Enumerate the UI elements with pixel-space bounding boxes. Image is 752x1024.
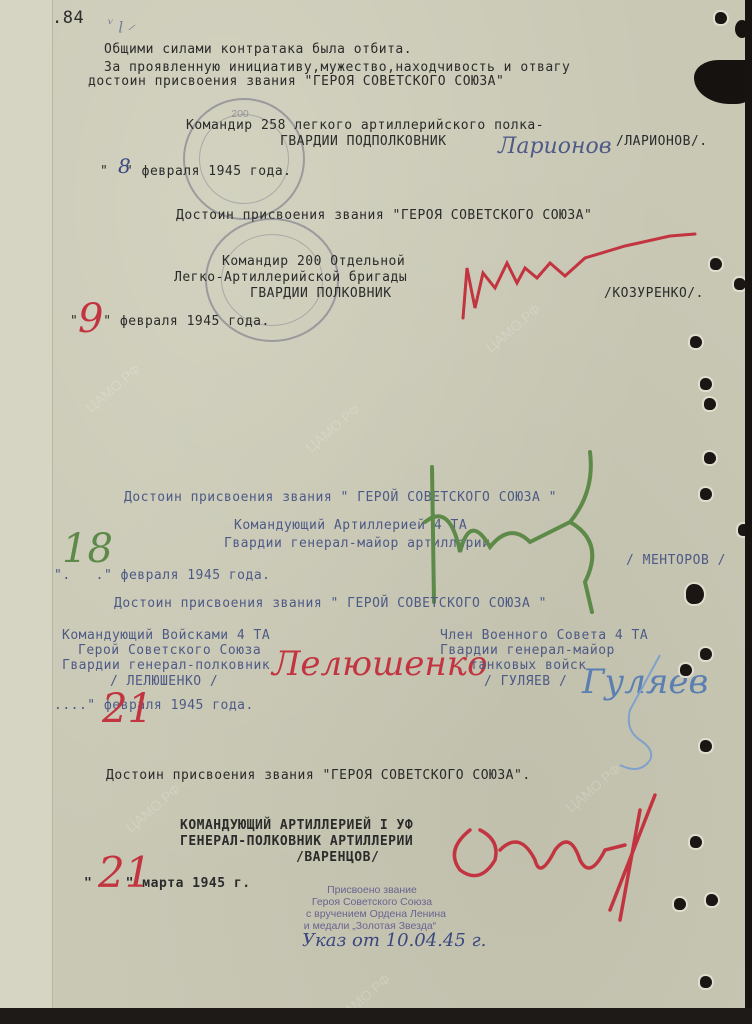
background-edge <box>0 1008 752 1024</box>
block2-red-signature <box>455 228 705 328</box>
left-margin-strip <box>0 0 53 1008</box>
block2-title-1: Командир 200 Отдельной <box>222 254 405 269</box>
punch-hole <box>700 976 712 988</box>
block4-right-title-3: танковых войск <box>470 658 587 673</box>
watermark: ЦАМО.РФ <box>303 401 364 456</box>
block4-left-title-3: Гвардии генерал-полковник <box>62 658 270 673</box>
punch-hole <box>700 648 712 660</box>
punch-hole <box>700 488 712 500</box>
block3-name: / МЕНТОРОВ / <box>626 553 726 568</box>
block4-right-title-1: Член Военного Совета 4 ТА <box>440 628 648 643</box>
block5-title-2: ГЕНЕРАЛ-ПОЛКОВНИК АРТИЛЛЕРИИ <box>180 834 413 849</box>
torn-corner <box>694 60 752 104</box>
block5-red-signature <box>440 790 680 930</box>
page-number: .84 <box>52 8 84 28</box>
block1-title-2: ГВАРДИИ ПОДПОЛКОВНИК <box>280 134 447 149</box>
block1-name: /ЛАРИОНОВ/. <box>616 134 708 149</box>
punch-hole <box>715 12 727 24</box>
block4-right-title-2: Гвардии генерал-майор <box>440 643 615 658</box>
block2-name: /КОЗУРЕНКО/. <box>604 286 704 301</box>
intro-line-2: За проявленную инициативу,мужество,наход… <box>104 60 570 75</box>
block2-title-3: ГВАРДИИ ПОЛКОВНИК <box>250 286 392 301</box>
punch-hole <box>706 894 718 906</box>
background-edge <box>745 0 752 1024</box>
punch-hole <box>710 258 722 270</box>
punch-hole <box>704 452 716 464</box>
punch-hole <box>690 336 702 348</box>
block3-green-signature <box>420 462 620 612</box>
watermark: ЦАМО.РФ <box>83 361 144 416</box>
intro-line-1: Общими силами контратака была отбита. <box>104 42 412 57</box>
punch-hole <box>686 584 704 604</box>
intro-line-3: достоин присвоения звания "ГЕРОЯ СОВЕТСК… <box>88 74 504 89</box>
decree-note: Указ от 10.04.45 г. <box>302 930 486 951</box>
punch-hole <box>700 740 712 752</box>
block2-date-day: 9 <box>78 296 103 342</box>
block5-title-1: КОМАНДУЮЩИЙ АРТИЛЛЕРИЕЙ I УФ <box>180 818 413 833</box>
block3-date-day: 18 <box>62 526 113 572</box>
block4-left-title-2: Герой Советского Союза <box>78 643 261 658</box>
award-stamp-line-2: Героя Советского Союза <box>272 896 472 908</box>
block2-title-2: Легко-Артиллерийской бригады <box>174 270 407 285</box>
document-page: ЦАМО.РФ ЦАМО.РФ ЦАМО.РФ ЦАМО.РФ ЦАМО.РФ … <box>0 0 745 1014</box>
violet-marks: ᵛ ꞁ ⸝ <box>108 14 135 34</box>
punch-hole <box>690 836 702 848</box>
block2-verdict: Достоин присвоения звания "ГЕРОЯ СОВЕТСК… <box>176 208 592 223</box>
block5-name: /ВАРЕНЦОВ/ <box>296 850 379 865</box>
award-stamp-line-3: с вручением Ордена Ленина <box>276 908 476 920</box>
punch-hole <box>700 378 712 390</box>
block4-left-title-1: Командующий Войсками 4 ТА <box>62 628 270 643</box>
watermark: ЦАМО.РФ <box>123 781 184 836</box>
block4-right-name: / ГУЛЯЕВ / <box>484 674 567 689</box>
block1-signature: Ларионов <box>498 134 612 159</box>
block4-date: ...." февраля 1945 года. <box>54 698 254 713</box>
block5-verdict: Достоин присвоения звания "ГЕРОЯ СОВЕТСК… <box>106 768 531 783</box>
punch-hole <box>674 898 686 910</box>
block5-date-day: 21 <box>98 848 151 897</box>
block4-date-day: 21 <box>102 686 153 732</box>
punch-hole <box>680 664 692 676</box>
block1-title-1: Командир 258 легкого артиллерийского пол… <box>186 118 544 133</box>
block1-date-day: 8 <box>118 154 131 178</box>
block4-verdict: Достоин присвоения звания " ГЕРОЙ СОВЕТС… <box>114 596 547 611</box>
award-stamp-line-1: Присвоено звание <box>272 884 472 896</box>
punch-hole <box>704 398 716 410</box>
block4-blue-flourish <box>610 650 690 780</box>
